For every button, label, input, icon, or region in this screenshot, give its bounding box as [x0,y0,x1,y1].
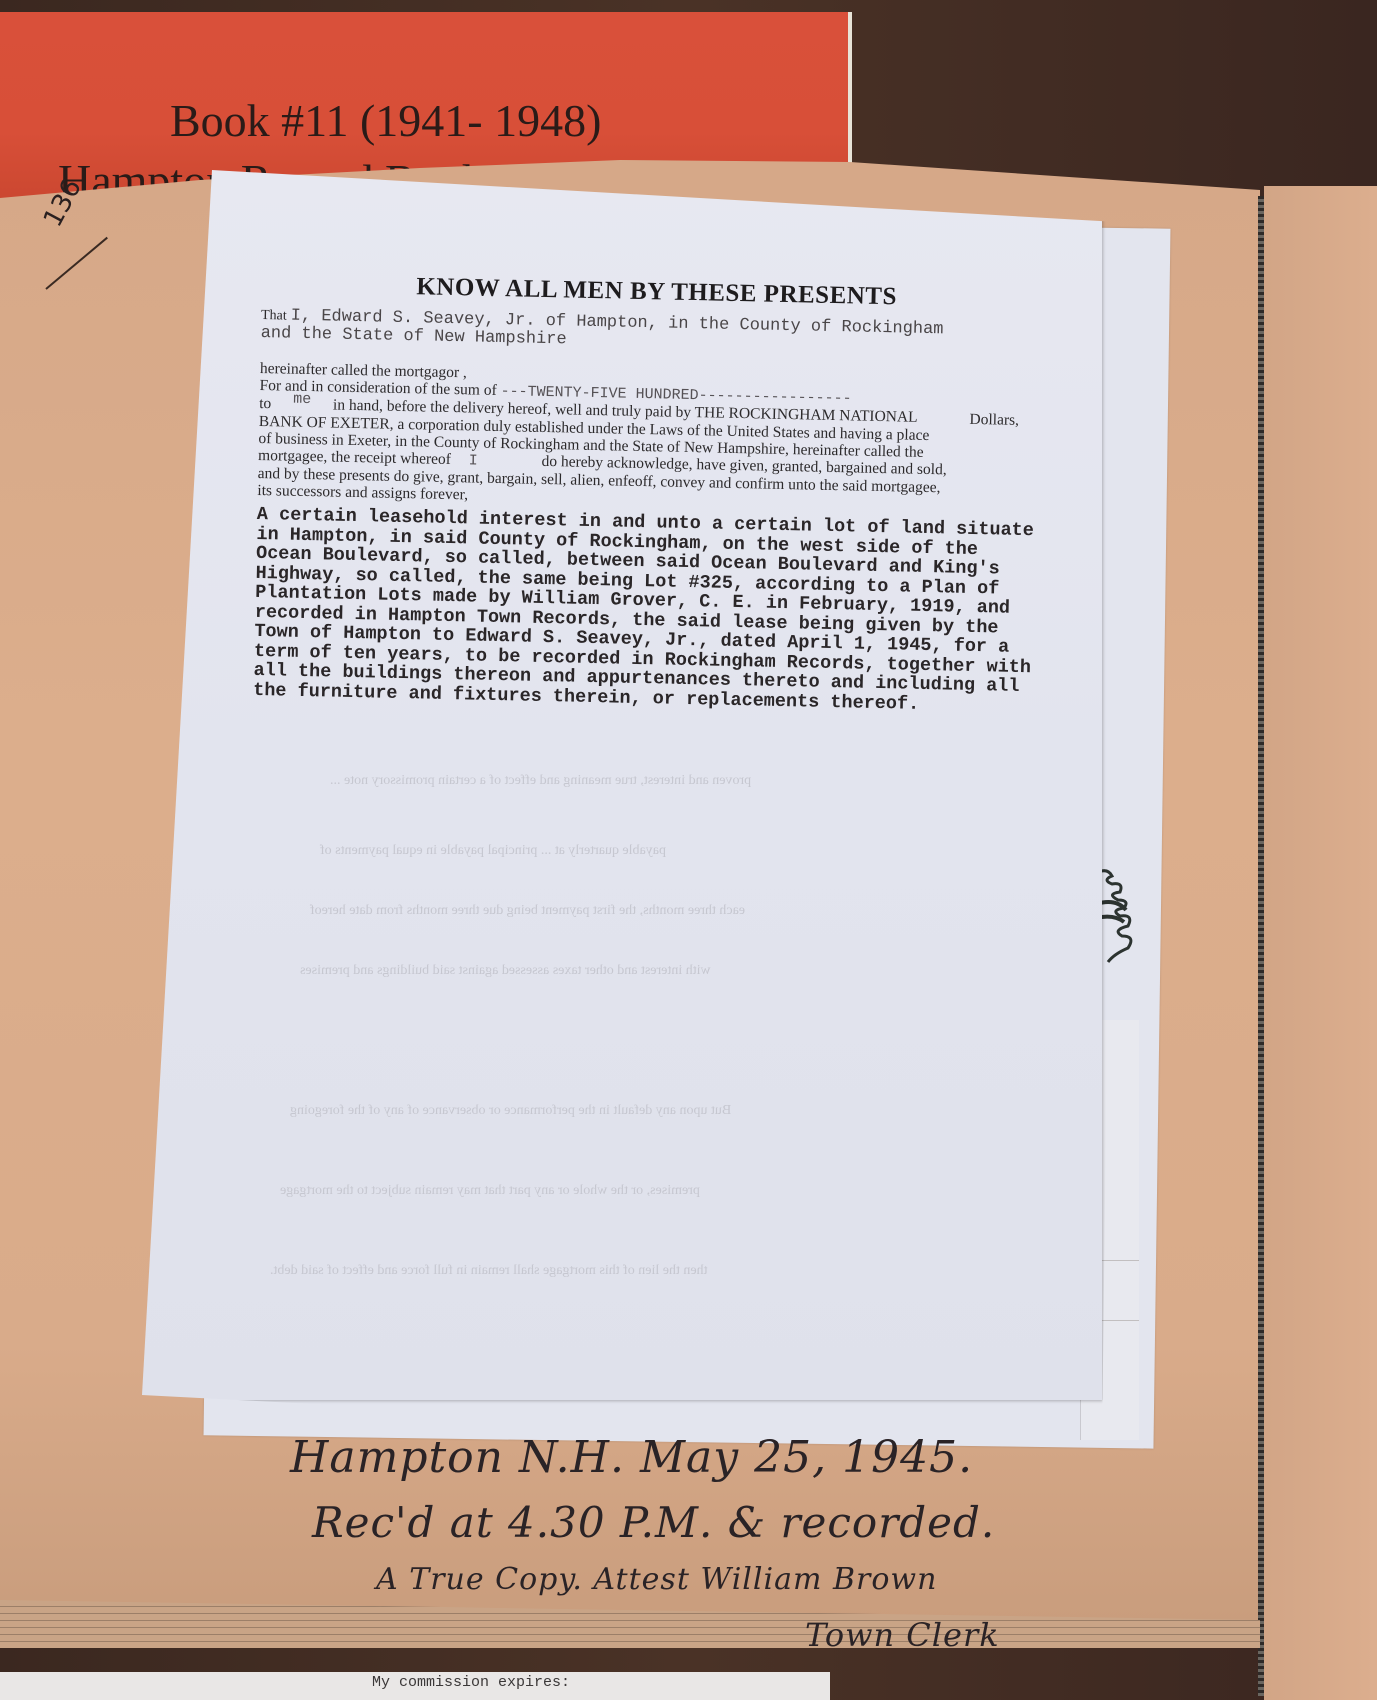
bleed-through-text: proven and interest, true meaning and ef… [330,770,751,792]
grantor-prefix: That [261,308,287,324]
bleed-through-text: premises, or the whole or any part that … [280,1180,700,1202]
handwritten-received-line: Rec'd at 4.30 P.M. & recorded. [312,1498,995,1547]
bleed-through-text: with interest and other taxes assessed a… [300,960,711,982]
dollars-label: Dollars, [969,411,1019,429]
bleed-through-text: each three months, the first payment bei… [310,900,745,922]
book-spine-stitching [1258,196,1264,1696]
receipt-value: I [469,452,478,469]
bleed-through-text: then the lien of this mortgage shall rem… [270,1260,708,1282]
handwritten-town-clerk: Town Clerk [805,1616,1000,1654]
bottom-sheet: My commission expires: [0,1672,830,1700]
deed-text-block: KNOW ALL MEN BY THESE PRESENTS That I, E… [253,270,1022,716]
handwritten-attest-line: A True Copy. Attest William Brown [376,1562,937,1597]
commission-expires-text: My commission expires: [372,1674,570,1691]
book-right-page [1264,186,1377,1700]
bleed-through-text: But upon any default in the performance … [290,1100,731,1122]
property-description: A certain leasehold interest in and unto… [253,505,1017,716]
handwritten-date-line: Hampton N.H. May 25, 1945. [290,1432,973,1483]
folder-title: Book #11 (1941- 1948) [170,94,601,147]
bleed-through-text: payable quarterly at ... principal payab… [320,840,666,862]
